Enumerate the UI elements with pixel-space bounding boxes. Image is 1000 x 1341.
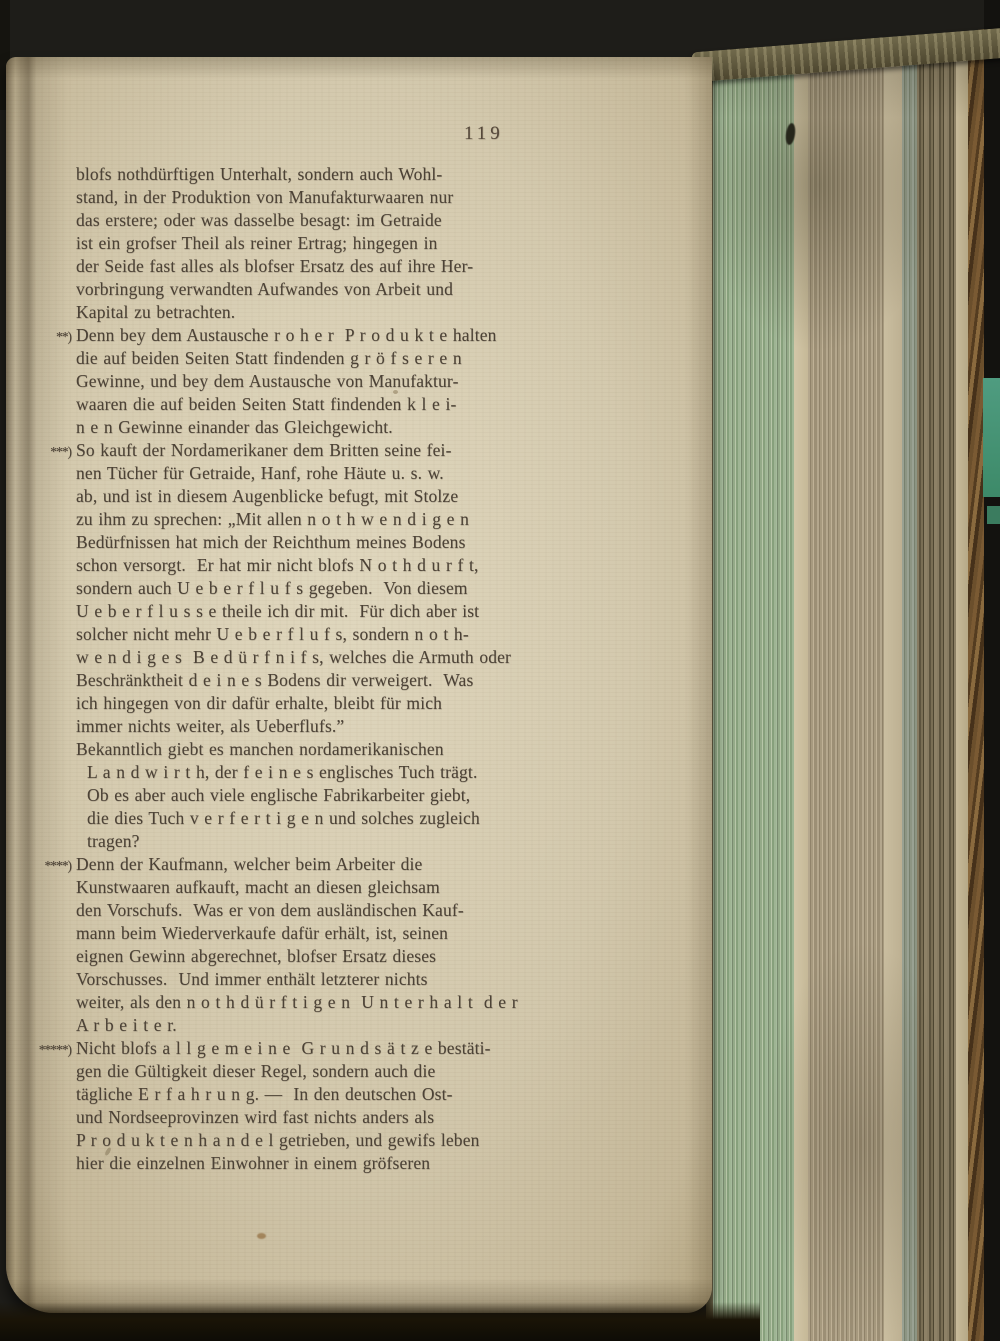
page-edge-band-tan: [808, 28, 884, 1341]
background-right: [984, 0, 1000, 1341]
book-fore-edge: [706, 28, 990, 1341]
footnote-marker: **): [56, 325, 76, 348]
paragraph-text: Denn der Kaufmann, welcher beim Arbeiter…: [76, 853, 556, 1037]
book-scan: 119 blofs nothdürftigen Unterhalt, sonde…: [0, 0, 1000, 1341]
paragraph-text: Nicht blofs a l l g e m e i n e G r u n …: [76, 1037, 556, 1175]
page-edge-band-bluegray: [902, 28, 917, 1341]
paragraph-text: Bekanntlich giebt es manchen nordamerika…: [76, 738, 556, 853]
paragraph: ****) Denn der Kaufmann, welcher beim Ar…: [76, 853, 556, 1037]
paragraph-text: Denn bey dem Austausche r o h e r P r o …: [76, 324, 556, 439]
background-teal-tab-small: [987, 506, 1000, 524]
paragraph: *****) Nicht blofs a l l g e m e i n e G…: [76, 1037, 556, 1175]
paragraph: blofs nothdürftigen Unterhalt, sondern a…: [76, 163, 556, 324]
paragraph: **) Denn bey dem Austausche r o h e r P …: [76, 324, 556, 439]
paragraph: ***) So kauft der Nordamerikaner dem Bri…: [76, 439, 556, 738]
footnote-marker: ***): [50, 440, 76, 463]
paragraph-text: blofs nothdürftigen Unterhalt, sondern a…: [76, 163, 556, 324]
shadow-below-page: [0, 1302, 760, 1341]
background-teal-tab: [983, 378, 1000, 497]
page-number: 119: [464, 123, 534, 145]
book-page: 119 blofs nothdürftigen Unterhalt, sonde…: [6, 57, 712, 1313]
paragraph: Bekanntlich giebt es manchen nordamerika…: [76, 738, 556, 853]
footnote-marker: *****): [39, 1038, 76, 1061]
page-edge-band-cream: [794, 28, 808, 1341]
page-edge-band-cream-2: [884, 28, 902, 1341]
page-edge-band-green: [713, 28, 794, 1341]
footnote-marker: ****): [45, 854, 77, 877]
page-edge-band-fibrous: [917, 28, 956, 1341]
page-text-block: blofs nothdürftigen Unterhalt, sondern a…: [76, 163, 556, 1175]
paper-stain: [257, 1233, 266, 1239]
page-edge-band-cream-3: [956, 28, 968, 1341]
paragraph-text: So kauft der Nordamerikaner dem Britten …: [76, 439, 556, 738]
